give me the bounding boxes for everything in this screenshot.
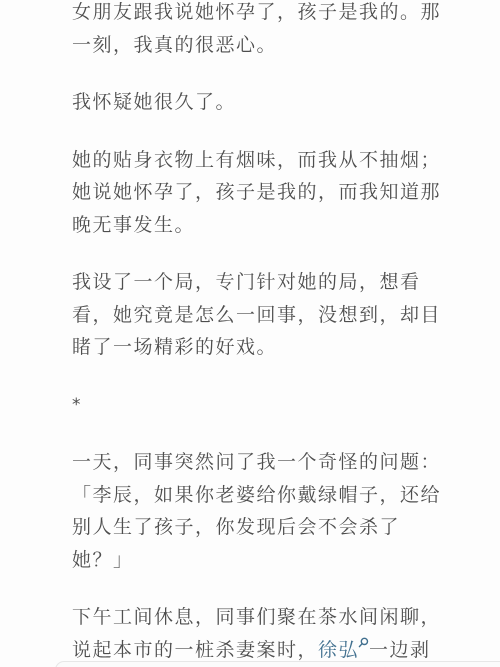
paragraph-5: 一天，同事突然问了我一个奇怪的问题：「李辰，如果你老婆给你戴绿帽子，还给别人生了… <box>72 446 444 576</box>
paragraph-4: 我设了一个局，专门针对她的局，想看看，她究竟是怎么一回事，没想到，却目睹了一场精… <box>72 266 444 364</box>
paragraph-6: 下午工间休息，同事们聚在茶水间闲聊，说起本市的一桩杀妻案时，徐弘一边剥 <box>72 601 444 666</box>
section-break-asterisk: * <box>72 389 444 422</box>
story-text: 女朋友跟我说她怀孕了，孩子是我的。那一刻，我真的很恶心。 我怀疑她很久了。 她的… <box>0 0 500 666</box>
character-name: 徐弘 <box>318 639 359 661</box>
bottom-sheet-edge <box>55 661 500 667</box>
paragraph-6-text-after: 一边剥 <box>369 639 431 661</box>
character-name-link[interactable]: 徐弘 <box>318 639 369 661</box>
paragraph-2: 我怀疑她很久了。 <box>72 86 444 119</box>
search-icon[interactable] <box>357 637 369 649</box>
reader-page: 女朋友跟我说她怀孕了，孩子是我的。那一刻，我真的很恶心。 我怀疑她很久了。 她的… <box>0 0 500 667</box>
paragraph-3: 她的贴身衣物上有烟味，而我从不抽烟；她说她怀孕了，孩子是我的，而我知道那晚无事发… <box>72 144 444 242</box>
paragraph-1: 女朋友跟我说她怀孕了，孩子是我的。那一刻，我真的很恶心。 <box>72 0 444 61</box>
